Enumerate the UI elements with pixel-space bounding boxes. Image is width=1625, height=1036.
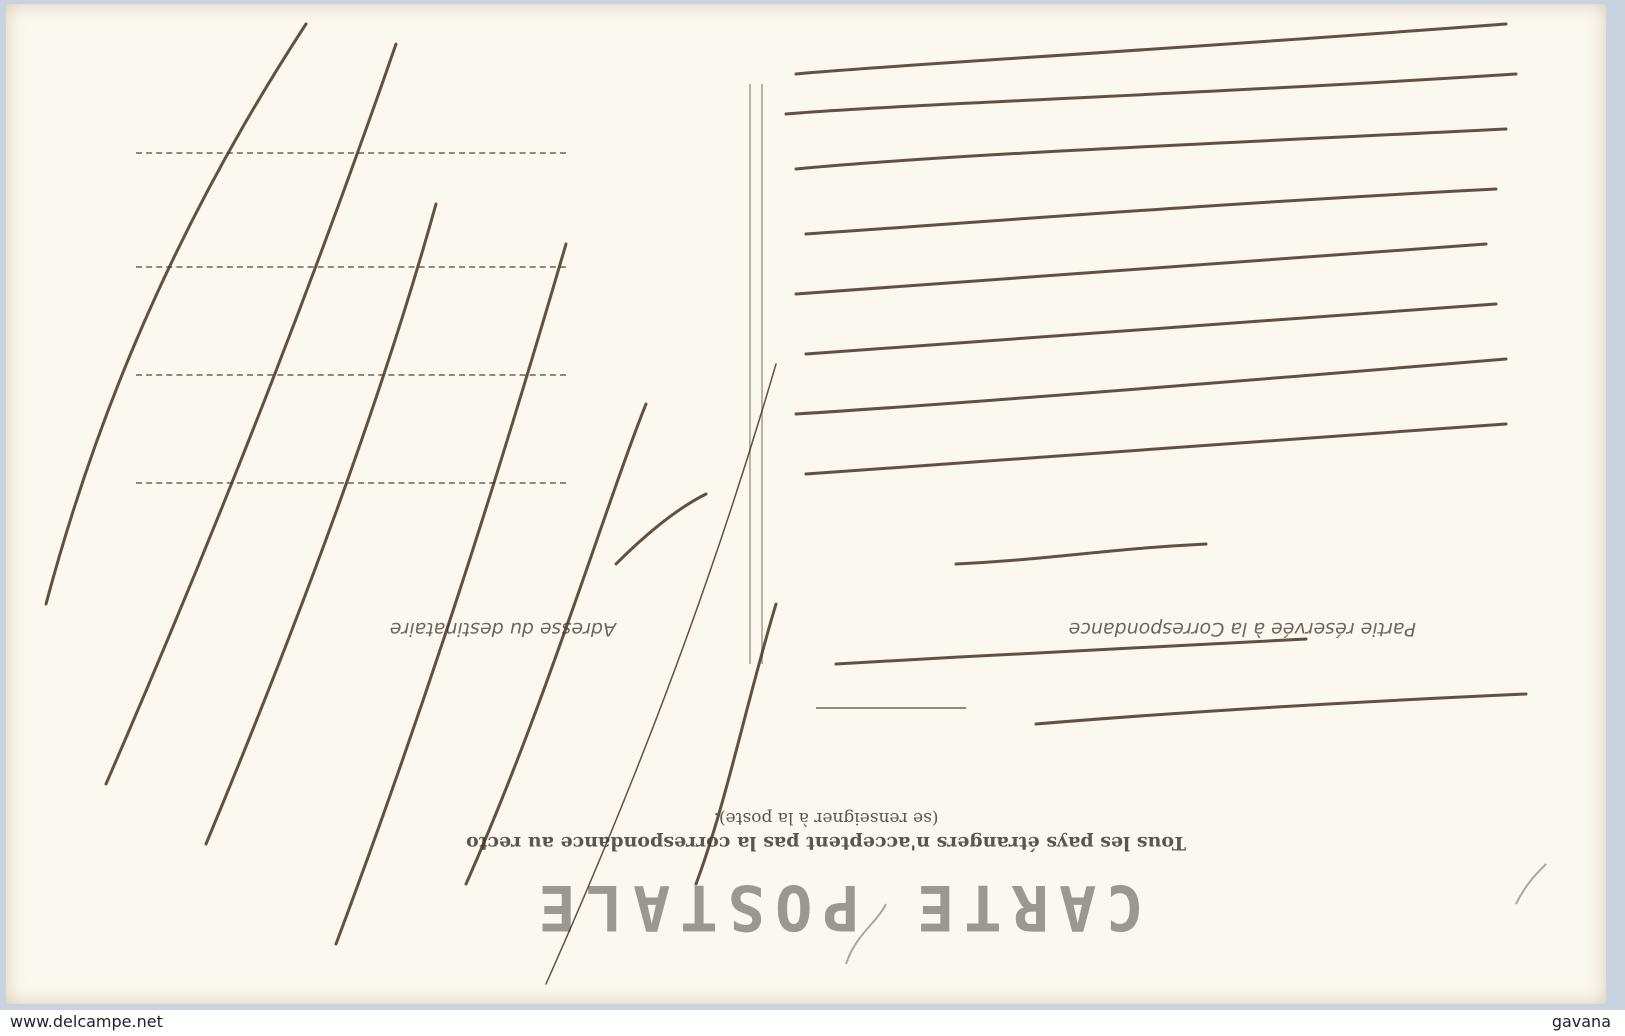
- watermark-left: www.delcampe.net: [10, 1012, 163, 1031]
- postcard-back: CARTE POSTALE Tous les pays étrangers n'…: [6, 4, 1606, 1004]
- address-line: [136, 152, 566, 154]
- correspondence-label: Partie réservée à la Correspondance: [1069, 618, 1416, 640]
- postcard-title: CARTE POSTALE: [426, 871, 1246, 944]
- scan-background: CARTE POSTALE Tous les pays étrangers n'…: [0, 0, 1625, 1010]
- address-line: [136, 482, 566, 484]
- address-line: [136, 374, 566, 376]
- center-divider: [749, 84, 763, 664]
- watermark-right: gavana: [1552, 1012, 1611, 1031]
- postcard-upright-layer: CARTE POSTALE Tous les pays étrangers n'…: [6, 4, 1606, 1004]
- address-label: Adresse du destinataire: [390, 618, 616, 640]
- date-line: [816, 707, 966, 709]
- foreign-notice-sub: (se renseigner à la poste).: [326, 808, 1326, 828]
- address-line: [136, 266, 566, 268]
- foreign-notice: Tous les pays étrangers n'acceptent pas …: [326, 832, 1326, 854]
